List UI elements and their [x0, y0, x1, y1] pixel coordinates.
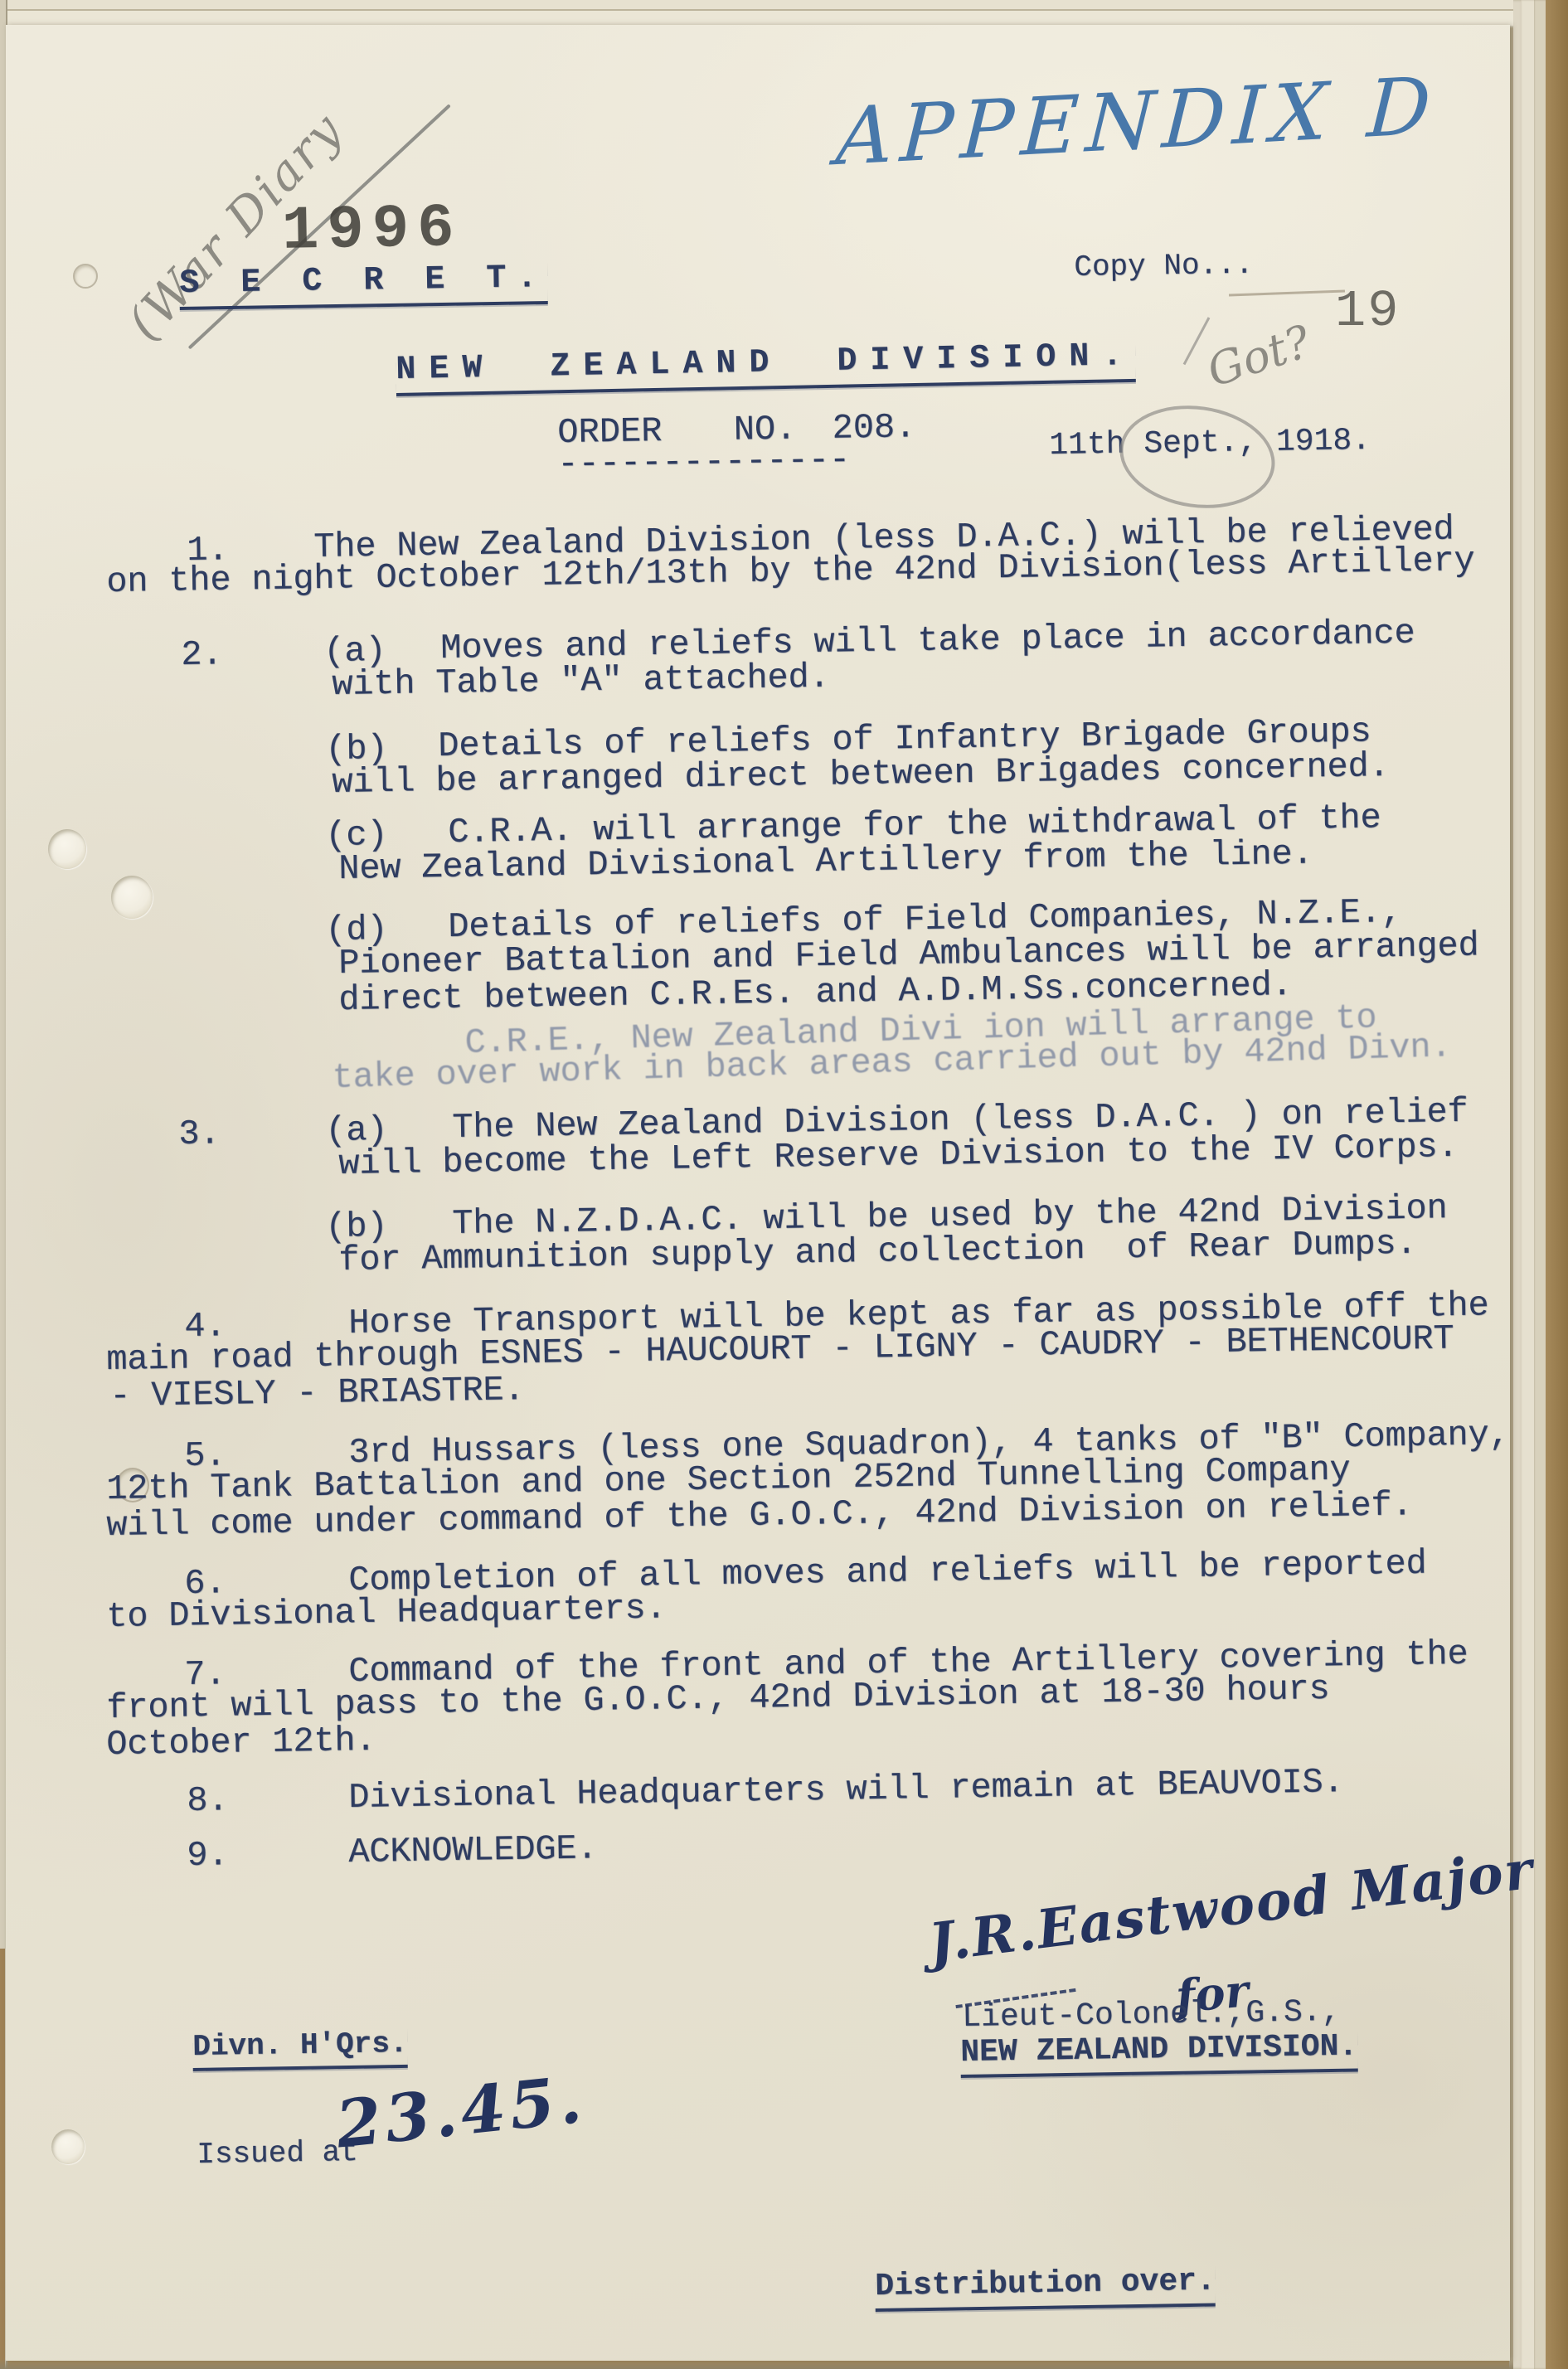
backdrop-sliver-left: [0, 1949, 5, 2369]
typed-line: with Table "A" attached.: [332, 658, 830, 705]
classification-label: S E C R E T.: [179, 260, 548, 310]
punch-hole: [48, 829, 86, 869]
punch-hole: [51, 2129, 85, 2164]
issued-label: Issued at: [197, 2135, 358, 2172]
typed-line: ACKNOWLEDGE.: [348, 1828, 598, 1872]
year-stamp: 1996: [281, 194, 463, 267]
hq-label: Divn. H'Qrs.: [192, 2027, 408, 2071]
typed-line: - VIESLY - BRIASTRE.: [109, 1370, 525, 1416]
signatory-unit: NEW ZEALAND DIVISION.: [960, 2028, 1358, 2078]
typed-line: 2.: [181, 634, 223, 675]
typed-line: 9.: [187, 1835, 229, 1876]
stacked-sheet-edge: [1532, 0, 1546, 2369]
stacked-sheet-edge-top: [0, 0, 1513, 11]
page-right-edge: [1510, 0, 1513, 2369]
punch-hole: [73, 264, 98, 289]
copy-number-label: Copy No...: [1074, 248, 1254, 284]
stacked-sheet-edge: [1519, 0, 1534, 2369]
typed-line: 8.: [187, 1780, 229, 1821]
order-underline: --------------: [557, 439, 851, 484]
photograph-backdrop: { "palette":{"typed_ink":"#2e3c60","penc…: [0, 0, 1568, 2369]
typed-line: October 12th.: [106, 1721, 376, 1765]
punch-hole: [111, 876, 153, 919]
backdrop-table-surface: [1543, 0, 1568, 2369]
distribution-note: Distribution over.: [875, 2264, 1216, 2312]
typed-line: 3.: [178, 1114, 221, 1154]
